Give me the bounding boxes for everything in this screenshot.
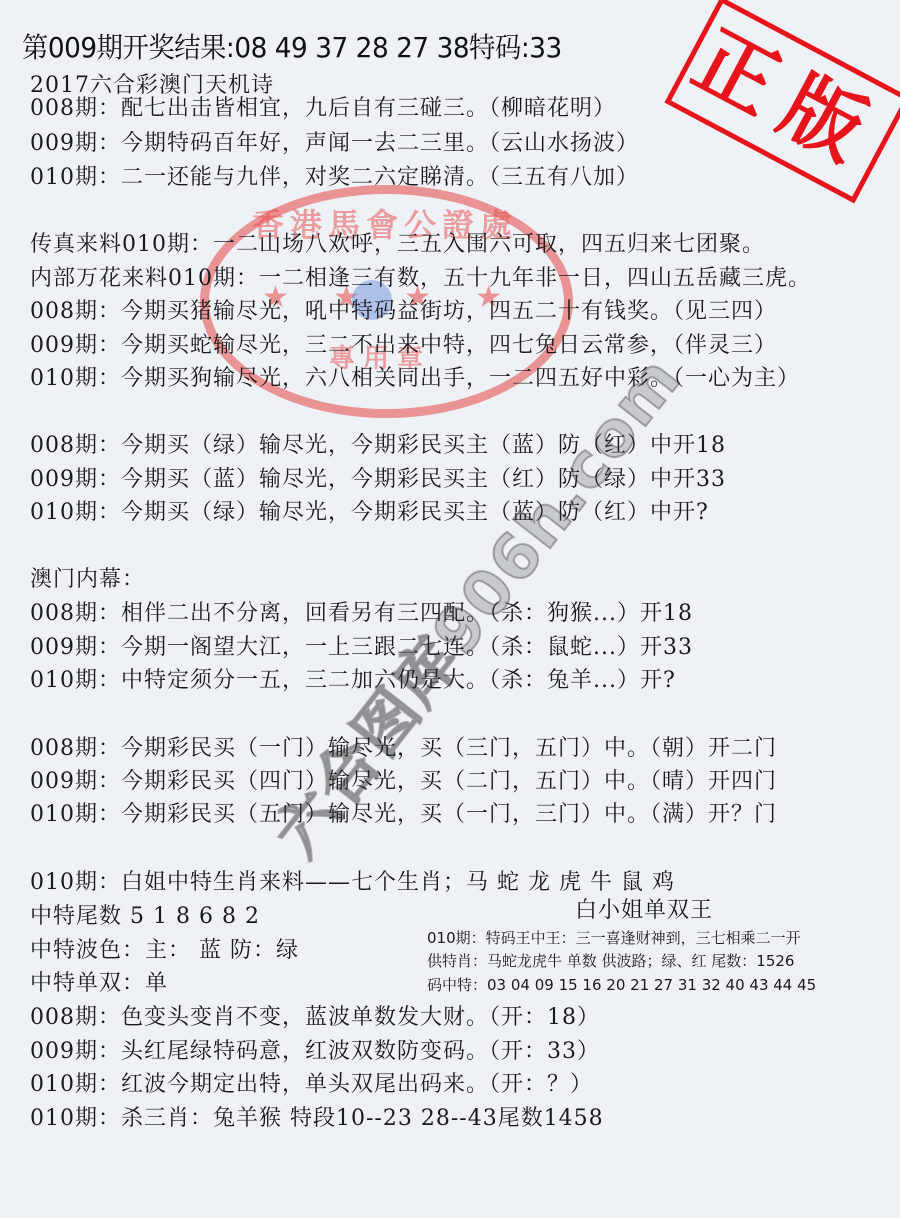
fax-line: 009期：今期买蛇输尽光，三二不出来中特，四七兔日云常参，（伴灵三） [30, 333, 777, 359]
poem-line: 008期：配七出击皆相宜，九后自有三碰三。（柳暗花明） [30, 96, 616, 122]
fax-line: 内部万花来料010期：一二相逢三有数，五十九年非一日，四山五岳藏三虎。 [30, 266, 811, 292]
fax-line: 传真来料010期：一二山场八欢呼，三五入围六可取，四五归来七团聚。 [30, 232, 765, 258]
poem-line: 010期：二一还能与九伴，对奖二六定睇清。（三五有八加） [30, 165, 639, 191]
box-title: 白小姐单双王 [575, 893, 713, 924]
draw-result-title: 第009期开奖结果:08 49 37 28 27 38特码:33 [22, 26, 562, 66]
box-line: 码中特：03 04 09 15 16 20 21 27 31 32 40 43 … [427, 974, 816, 995]
macau-line: 009期：今期一阁望大江，一上三跟二七连。（杀：鼠蛇...）开33 [30, 635, 693, 661]
lottery-document: 香港馬會公證處 ★ ★ ★ ★ 專用章 第009期开奖结果:08 49 37 2… [0, 0, 900, 1218]
macau-heading: 澳门内幕： [30, 567, 145, 593]
poem-subtitle: 2017六合彩澳门天机诗 [30, 68, 274, 99]
box-line: 010期：特码王中王：三一喜逢财神到，三七相乘二一开 [427, 927, 801, 948]
final-line: 010期：红波今期定出特，单头双尾出码来。（开：？） [30, 1072, 593, 1098]
final-line: 009期：头红尾绿特码意，红波双数防变码。（开：33） [30, 1039, 600, 1065]
door-line: 009期：今期彩民买（四门）输尽光，买（二门，五门）中。（晴）开四门 [30, 769, 777, 795]
authentic-stamp: 正版 [664, 0, 900, 203]
macau-line: 008期：相伴二出不分离，回看另有三四配。（杀：狗猴...）开18 [30, 601, 693, 627]
odd-even: 中特单双：单 [30, 971, 168, 997]
tail-numbers: 中特尾数 5 1 8 6 8 2 [30, 904, 260, 930]
final-line: 010期：杀三肖：兔羊猴 特段10--23 28--43尾数1458 [30, 1106, 604, 1132]
wave-color: 中特波色：主： 蓝 防：绿 [30, 938, 299, 964]
box-line: 供特肖：马蛇龙虎牛 单数 供波路；绿、红 尾数：1526 [427, 950, 794, 971]
poem-line: 009期：今期特码百年好，声闻一去二三里。（云山水扬波） [30, 131, 639, 157]
final-line: 008期：色变头变肖不变，蓝波单数发大财。（开：18） [30, 1005, 600, 1031]
fax-line: 008期：今期买猪输尽光，吼中特码益街坊，四五二十有钱奖。（见三四） [30, 299, 777, 325]
door-line: 010期：今期彩民买（五门）输尽光，买（一门，三门）中。（满）开？门 [30, 802, 777, 828]
